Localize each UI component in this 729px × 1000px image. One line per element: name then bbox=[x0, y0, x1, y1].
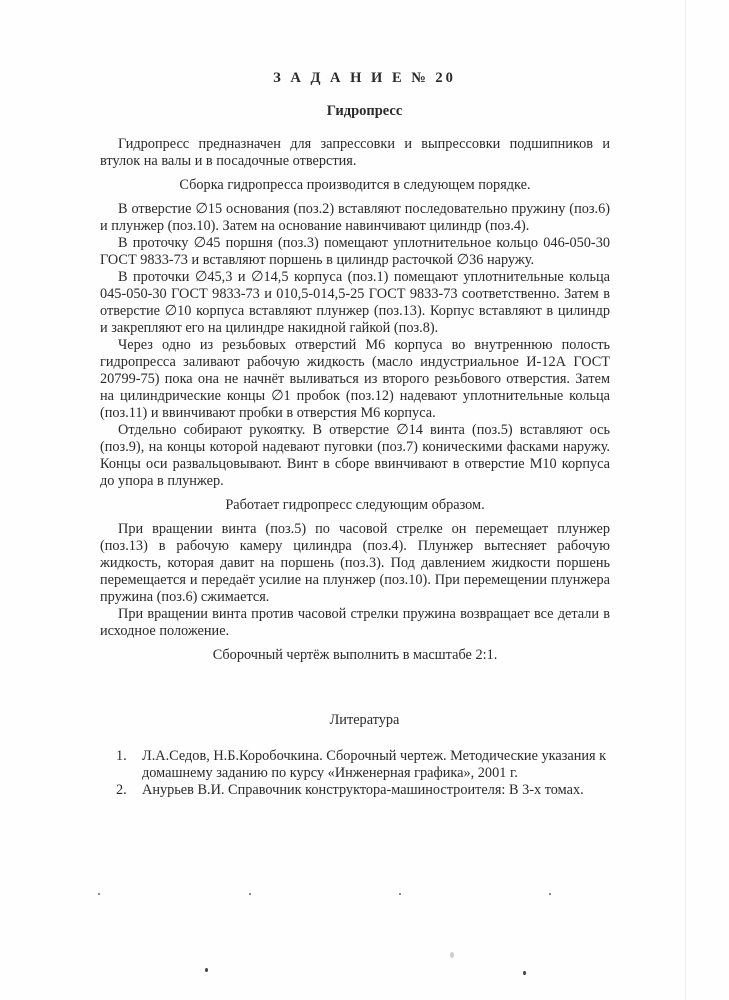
paragraph-step-5: Отдельно собирают рукоятку. В отверстие … bbox=[100, 422, 610, 490]
heading-assembly-order: Сборка гидропресса производится в следую… bbox=[100, 177, 610, 194]
literature-item-text: Анурьев В.И. Справочник конструктора-маш… bbox=[142, 782, 584, 798]
scan-speck bbox=[549, 893, 551, 895]
scan-speck bbox=[450, 952, 454, 958]
assignment-title: З А Д А Н И Е № 20 bbox=[0, 70, 729, 87]
literature-item-text: Л.А.Седов, Н.Б.Коробочкина. Сборочный че… bbox=[142, 748, 606, 781]
literature-list: 1. Л.А.Седов, Н.Б.Коробочкина. Сборочный… bbox=[116, 748, 616, 799]
scan-speck bbox=[205, 968, 208, 972]
heading-operation: Работает гидропресс следующим образом. bbox=[100, 497, 610, 514]
literature-heading: Литература bbox=[0, 712, 729, 729]
scan-speck bbox=[523, 971, 526, 975]
literature-item-number: 2. bbox=[116, 782, 127, 799]
scan-speck bbox=[249, 893, 251, 895]
scanned-page: З А Д А Н И Е № 20 Гидропресс Гидропресс… bbox=[0, 0, 729, 1000]
paragraph-step-2: В проточку ∅45 поршня (поз.3) помещают у… bbox=[100, 235, 610, 269]
paragraph-operation-2: При вращении винта против часовой стрелк… bbox=[100, 606, 610, 640]
literature-item: 1. Л.А.Седов, Н.Б.Коробочкина. Сборочный… bbox=[116, 748, 616, 782]
page-edge bbox=[685, 0, 686, 1000]
paragraph-step-4: Через одно из резьбовых отверстий М6 кор… bbox=[100, 337, 610, 422]
paragraph-operation-1: При вращении винта (поз.5) по часовой ст… bbox=[100, 521, 610, 606]
document-body: Гидропресс предназначен для запрессовки … bbox=[100, 136, 610, 671]
literature-item: 2. Анурьев В.И. Справочник конструктора-… bbox=[116, 782, 616, 799]
scale-instruction: Сборочный чертёж выполнить в масштабе 2:… bbox=[100, 647, 610, 664]
literature-item-number: 1. bbox=[116, 748, 127, 765]
scan-speck bbox=[399, 893, 401, 895]
paragraph-step-1: В отверстие ∅15 основания (поз.2) вставл… bbox=[100, 201, 610, 235]
assignment-subtitle: Гидропресс bbox=[0, 103, 729, 120]
scan-speck bbox=[98, 893, 100, 895]
paragraph-step-3: В проточки ∅45,3 и ∅14,5 корпуса (поз.1)… bbox=[100, 269, 610, 337]
paragraph-purpose: Гидропресс предназначен для запрессовки … bbox=[100, 136, 610, 170]
